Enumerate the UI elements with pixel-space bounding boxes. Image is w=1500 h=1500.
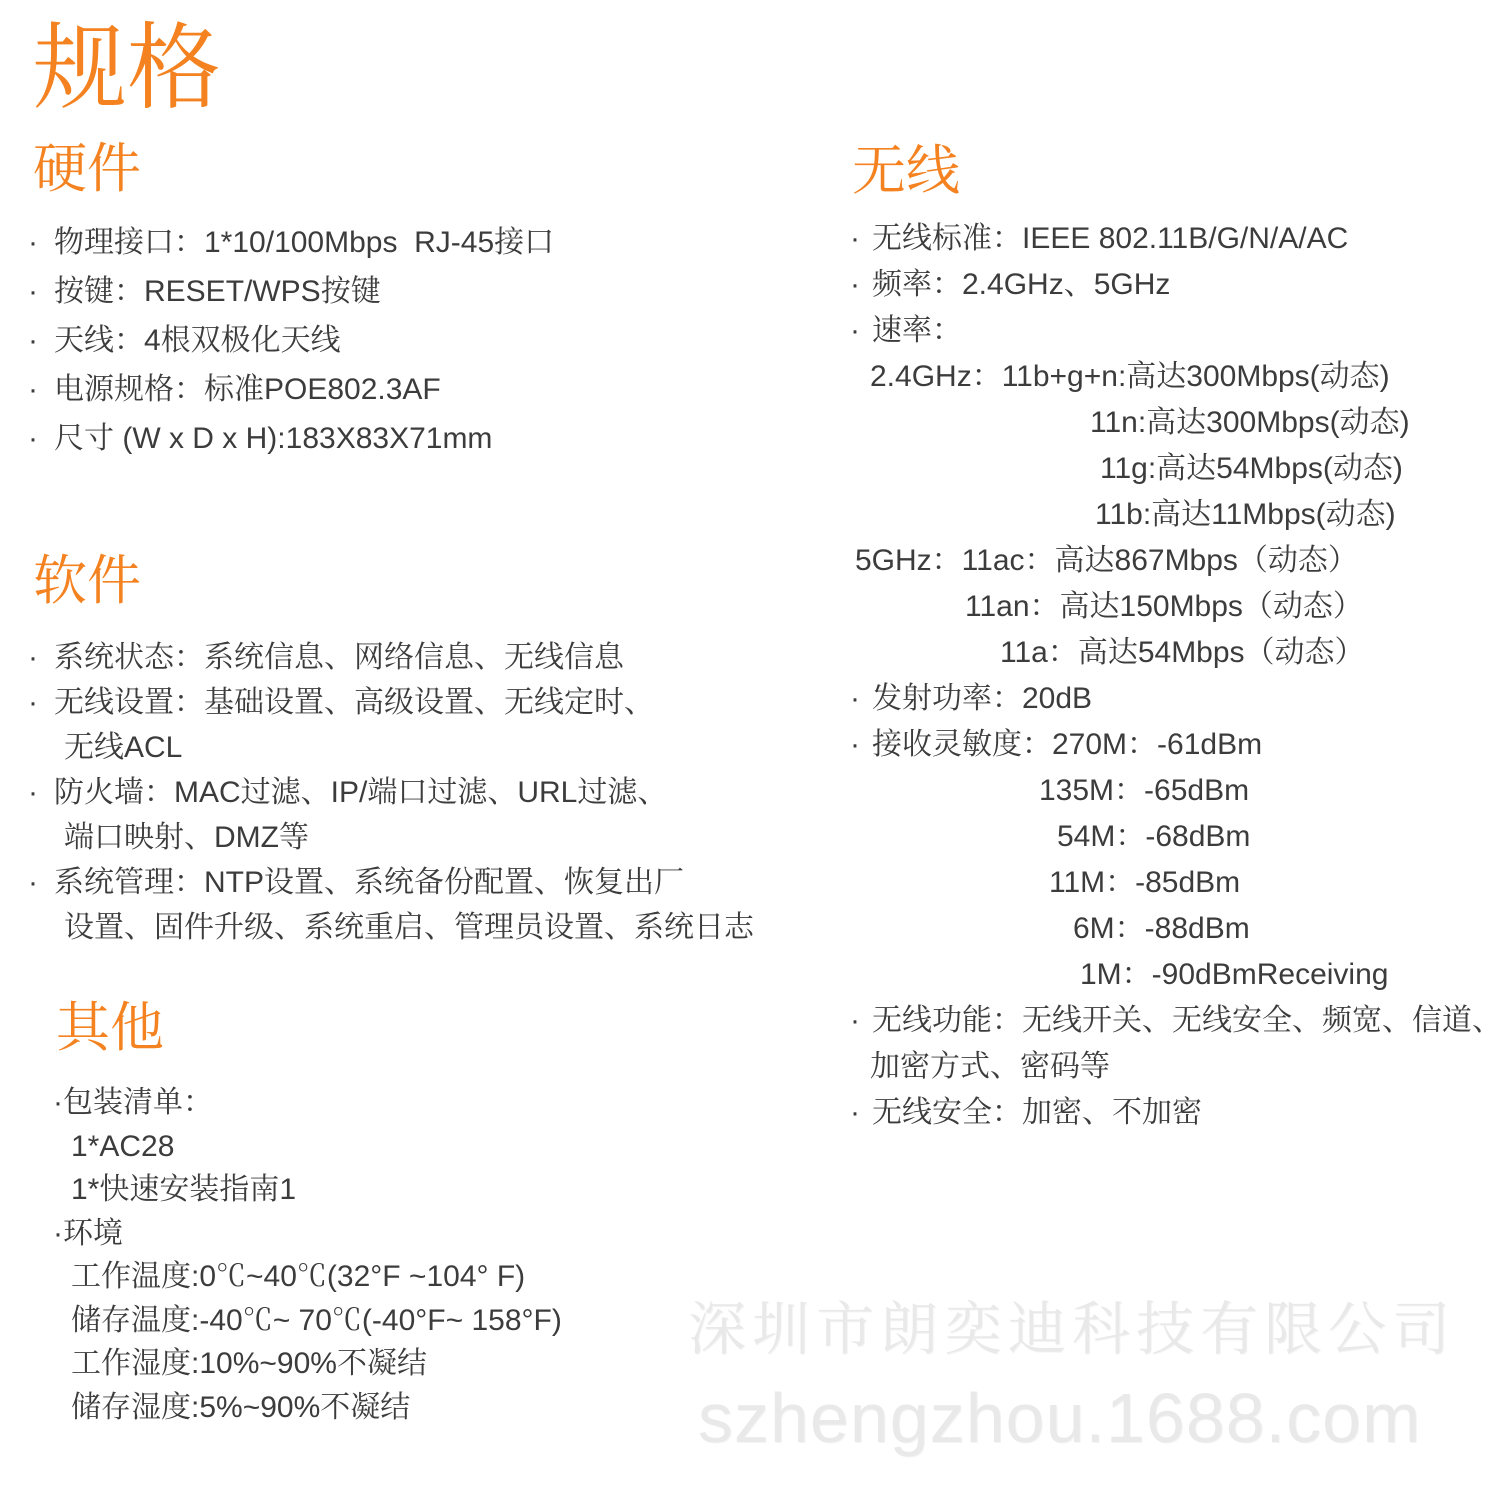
- bullet-icon: ·: [28, 316, 38, 365]
- spec-text: 频率：2.4GHz、5GHz: [872, 268, 1170, 301]
- rate-line: 11b:高达11Mbps(动态): [848, 492, 1498, 538]
- spec-line: ·电源规格：标准POE802.3AF: [26, 365, 746, 414]
- spec-text: 无线标准：IEEE 802.11B/G/N/A/AC: [872, 222, 1348, 255]
- spec-line: ·接收灵敏度：270M：-61dBm: [848, 722, 1498, 768]
- spec-line: ·速率：: [848, 308, 1498, 354]
- page-title: 规格: [33, 16, 221, 119]
- spec-line: ·包装清单：: [51, 1081, 711, 1125]
- sensitivity-line: 54M：-68dBm: [848, 814, 1498, 860]
- watermark-site: szhengzhou.1688.com: [698, 1378, 1421, 1458]
- spec-text: 尺寸 (W x D x H):183X83X71mm: [54, 422, 492, 455]
- spec-line: ·防火墙：MAC过滤、IP/端口过滤、URL过滤、: [26, 770, 766, 815]
- spec-text: 无线设置：基础设置、高级设置、无线定时、: [54, 686, 654, 719]
- spec-text: 环境: [63, 1217, 123, 1250]
- spec-line: ·发射功率：20dB: [848, 676, 1498, 722]
- spec-line-continuation: 设置、固件升级、系统重启、管理员设置、系统日志: [26, 905, 766, 950]
- spec-line-continuation: 储存温度:-40℃~ 70℃(-40°F~ 158°F): [51, 1299, 711, 1343]
- spec-line: ·系统管理：NTP设置、系统备份配置、恢复出厂: [26, 860, 766, 905]
- spec-line-continuation: 工作湿度:10%~90%不凝结: [51, 1342, 711, 1386]
- sensitivity-line: 6M：-88dBm: [848, 906, 1498, 952]
- spec-line-continuation: 储存湿度:5%~90%不凝结: [51, 1386, 711, 1430]
- bullet-icon: ·: [28, 365, 38, 414]
- spec-line: ·系统状态：系统信息、网络信息、无线信息: [26, 635, 766, 680]
- spec-text: 电源规格：标准POE802.3AF: [54, 373, 441, 406]
- spec-text: 包装清单：: [63, 1086, 213, 1119]
- spec-line: ·按键：RESET/WPS按键: [26, 267, 746, 316]
- other-heading: 其他: [56, 998, 711, 1058]
- other-section: 其他 ·包装清单： 1*AC28 1*快速安装指南1 ·环境 工作温度:0℃~4…: [51, 998, 711, 1429]
- spec-line-continuation: 端口映射、DMZ等: [26, 815, 766, 860]
- spec-line: ·无线安全：加密、不加密: [848, 1090, 1498, 1136]
- spec-text: 系统状态：系统信息、网络信息、无线信息: [54, 641, 624, 674]
- bullet-icon: ·: [53, 1081, 63, 1125]
- bullet-icon: ·: [850, 216, 860, 262]
- rate-line: 5GHz：11ac：高达867Mbps（动态）: [848, 538, 1498, 584]
- spec-text: 速率：: [872, 314, 962, 347]
- spec-line-continuation: 1*快速安装指南1: [51, 1168, 711, 1212]
- wireless-section: 无线 ·无线标准：IEEE 802.11B/G/N/A/AC ·频率：2.4GH…: [848, 142, 1498, 1136]
- spec-line: ·物理接口：1*10/100Mbps RJ-45接口: [26, 218, 746, 267]
- hardware-section: 硬件 ·物理接口：1*10/100Mbps RJ-45接口 ·按键：RESET/…: [26, 140, 746, 463]
- hardware-heading: 硬件: [33, 140, 746, 198]
- spec-line: ·天线：4根双极化天线: [26, 316, 746, 365]
- sensitivity-line: 11M：-85dBm: [848, 860, 1498, 906]
- rate-line: 11g:高达54Mbps(动态): [848, 446, 1498, 492]
- spec-text: 天线：4根双极化天线: [54, 324, 341, 357]
- spec-line-continuation: 工作温度:0℃~40℃(32°F ~104° F): [51, 1255, 711, 1299]
- bullet-icon: ·: [850, 1090, 860, 1136]
- software-heading: 软件: [33, 552, 766, 610]
- bullet-icon: ·: [28, 860, 38, 905]
- bullet-icon: ·: [28, 267, 38, 316]
- sensitivity-line: 1M：-90dBmReceiving: [848, 952, 1498, 998]
- bullet-icon: ·: [850, 676, 860, 722]
- bullet-icon: ·: [28, 680, 38, 725]
- spec-text: 发射功率：20dB: [872, 682, 1092, 715]
- rate-line: 11n:高达300Mbps(动态): [848, 400, 1498, 446]
- bullet-icon: ·: [850, 722, 860, 768]
- bullet-icon: ·: [850, 262, 860, 308]
- spec-line-continuation: 1*AC28: [51, 1125, 711, 1169]
- spec-line: ·无线设置：基础设置、高级设置、无线定时、: [26, 680, 766, 725]
- spec-text: 无线功能：无线开关、无线安全、频宽、信道、: [872, 1004, 1500, 1037]
- spec-text: 按键：RESET/WPS按键: [54, 275, 381, 308]
- rate-line: 2.4GHz：11b+g+n:高达300Mbps(动态): [848, 354, 1498, 400]
- spec-text: 无线安全：加密、不加密: [872, 1096, 1202, 1129]
- sensitivity-line: 135M：-65dBm: [848, 768, 1498, 814]
- spec-line: ·尺寸 (W x D x H):183X83X71mm: [26, 414, 746, 463]
- spec-line-continuation: 无线ACL: [26, 725, 766, 770]
- spec-line: ·环境: [51, 1212, 711, 1256]
- bullet-icon: ·: [28, 218, 38, 267]
- spec-line: ·无线功能：无线开关、无线安全、频宽、信道、: [848, 998, 1498, 1044]
- bullet-icon: ·: [850, 998, 860, 1044]
- rate-line: 11a：高达54Mbps（动态）: [848, 630, 1498, 676]
- watermark-company: 深圳市朗奕迪科技有限公司: [688, 1282, 1456, 1366]
- spec-text: 防火墙：MAC过滤、IP/端口过滤、URL过滤、: [54, 776, 667, 809]
- wireless-heading: 无线: [852, 142, 1498, 200]
- spec-text: 物理接口：1*10/100Mbps RJ-45接口: [54, 226, 554, 259]
- spec-line-continuation: 加密方式、密码等: [848, 1044, 1498, 1090]
- software-section: 软件 ·系统状态：系统信息、网络信息、无线信息 ·无线设置：基础设置、高级设置、…: [26, 552, 766, 950]
- spec-sheet-page: { "bullet": "·", "title": "规格", "accent_…: [0, 0, 1500, 1500]
- spec-line: ·频率：2.4GHz、5GHz: [848, 262, 1498, 308]
- bullet-icon: ·: [850, 308, 860, 354]
- rate-line: 11an：高达150Mbps（动态）: [848, 584, 1498, 630]
- bullet-icon: ·: [53, 1212, 63, 1256]
- bullet-icon: ·: [28, 635, 38, 680]
- spec-text: 接收灵敏度：270M：-61dBm: [872, 728, 1262, 761]
- spec-line: ·无线标准：IEEE 802.11B/G/N/A/AC: [848, 216, 1498, 262]
- bullet-icon: ·: [28, 770, 38, 815]
- spec-text: 系统管理：NTP设置、系统备份配置、恢复出厂: [54, 866, 684, 899]
- bullet-icon: ·: [28, 414, 38, 463]
